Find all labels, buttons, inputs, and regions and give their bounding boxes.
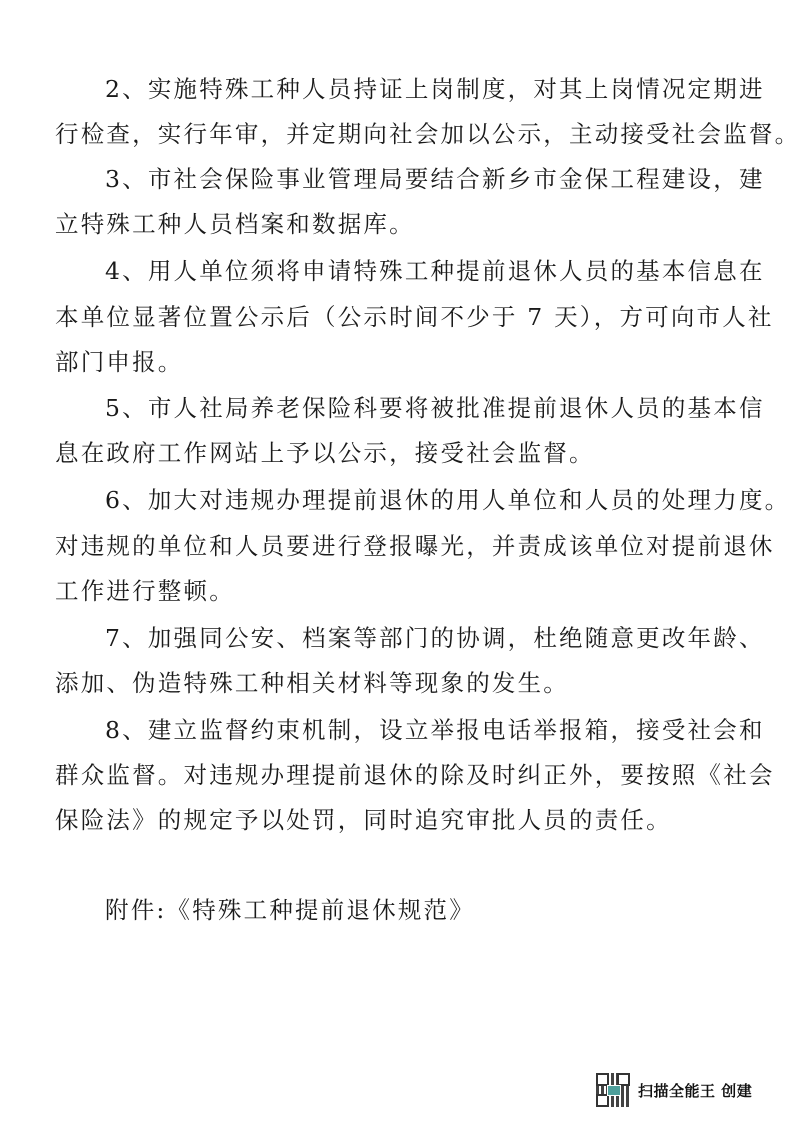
paragraph-2-line-2: 行检查，实行年审，并定期向社会加以公示，主动接受社会监督。 xyxy=(55,119,767,149)
paragraph-6-line-3: 工作进行整顿。 xyxy=(55,576,767,606)
paragraph-6-line-1: 6、加大对违规办理提前退休的用人单位和人员的处理力度。 xyxy=(105,485,767,515)
paragraph-8-line-1: 8、建立监督约束机制，设立举报电话举报箱，接受社会和 xyxy=(105,715,767,745)
paragraph-4-line-3: 部门申报。 xyxy=(55,347,767,377)
qr-code-icon xyxy=(596,1073,630,1107)
watermark-text: 扫描全能王 创建 xyxy=(638,1080,752,1101)
scanner-watermark: 扫描全能王 创建 xyxy=(596,1073,752,1107)
paragraph-6-line-2: 对违规的单位和人员要进行登报曝光，并责成该单位对提前退休 xyxy=(55,531,767,561)
paragraph-2-line-1: 2、实施特殊工种人员持证上岗制度，对其上岗情况定期进 xyxy=(105,74,767,104)
paragraph-3-line-2: 立特殊工种人员档案和数据库。 xyxy=(55,209,767,239)
attachment-note: 附件:《特殊工种提前退休规范》 xyxy=(105,895,793,925)
paragraph-5-line-1: 5、市人社局养老保险科要将被批准提前退休人员的基本信 xyxy=(105,393,767,423)
paragraph-4-line-1: 4、用人单位须将申请特殊工种提前退休人员的基本信息在 xyxy=(105,256,767,286)
paragraph-8-line-2: 群众监督。对违规办理提前退休的除及时纠正外，要按照《社会 xyxy=(55,760,767,790)
paragraph-8-line-3: 保险法》的规定予以处罚，同时追究审批人员的责任。 xyxy=(55,805,767,835)
paragraph-4-line-2: 本单位显著位置公示后（公示时间不少于 7 天），方可向市人社 xyxy=(55,302,767,332)
paragraph-7-line-2: 添加、伪造特殊工种相关材料等现象的发生。 xyxy=(55,668,767,698)
paragraph-3-line-1: 3、市社会保险事业管理局要结合新乡市金保工程建设，建 xyxy=(105,164,767,194)
paragraph-5-line-2: 息在政府工作网站上予以公示，接受社会监督。 xyxy=(55,438,767,468)
paragraph-7-line-1: 7、加强同公安、档案等部门的协调，杜绝随意更改年龄、 xyxy=(105,623,767,653)
document-page: 2、实施特殊工种人员持证上岗制度，对其上岗情况定期进 行检查，实行年审，并定期向… xyxy=(0,0,793,1122)
